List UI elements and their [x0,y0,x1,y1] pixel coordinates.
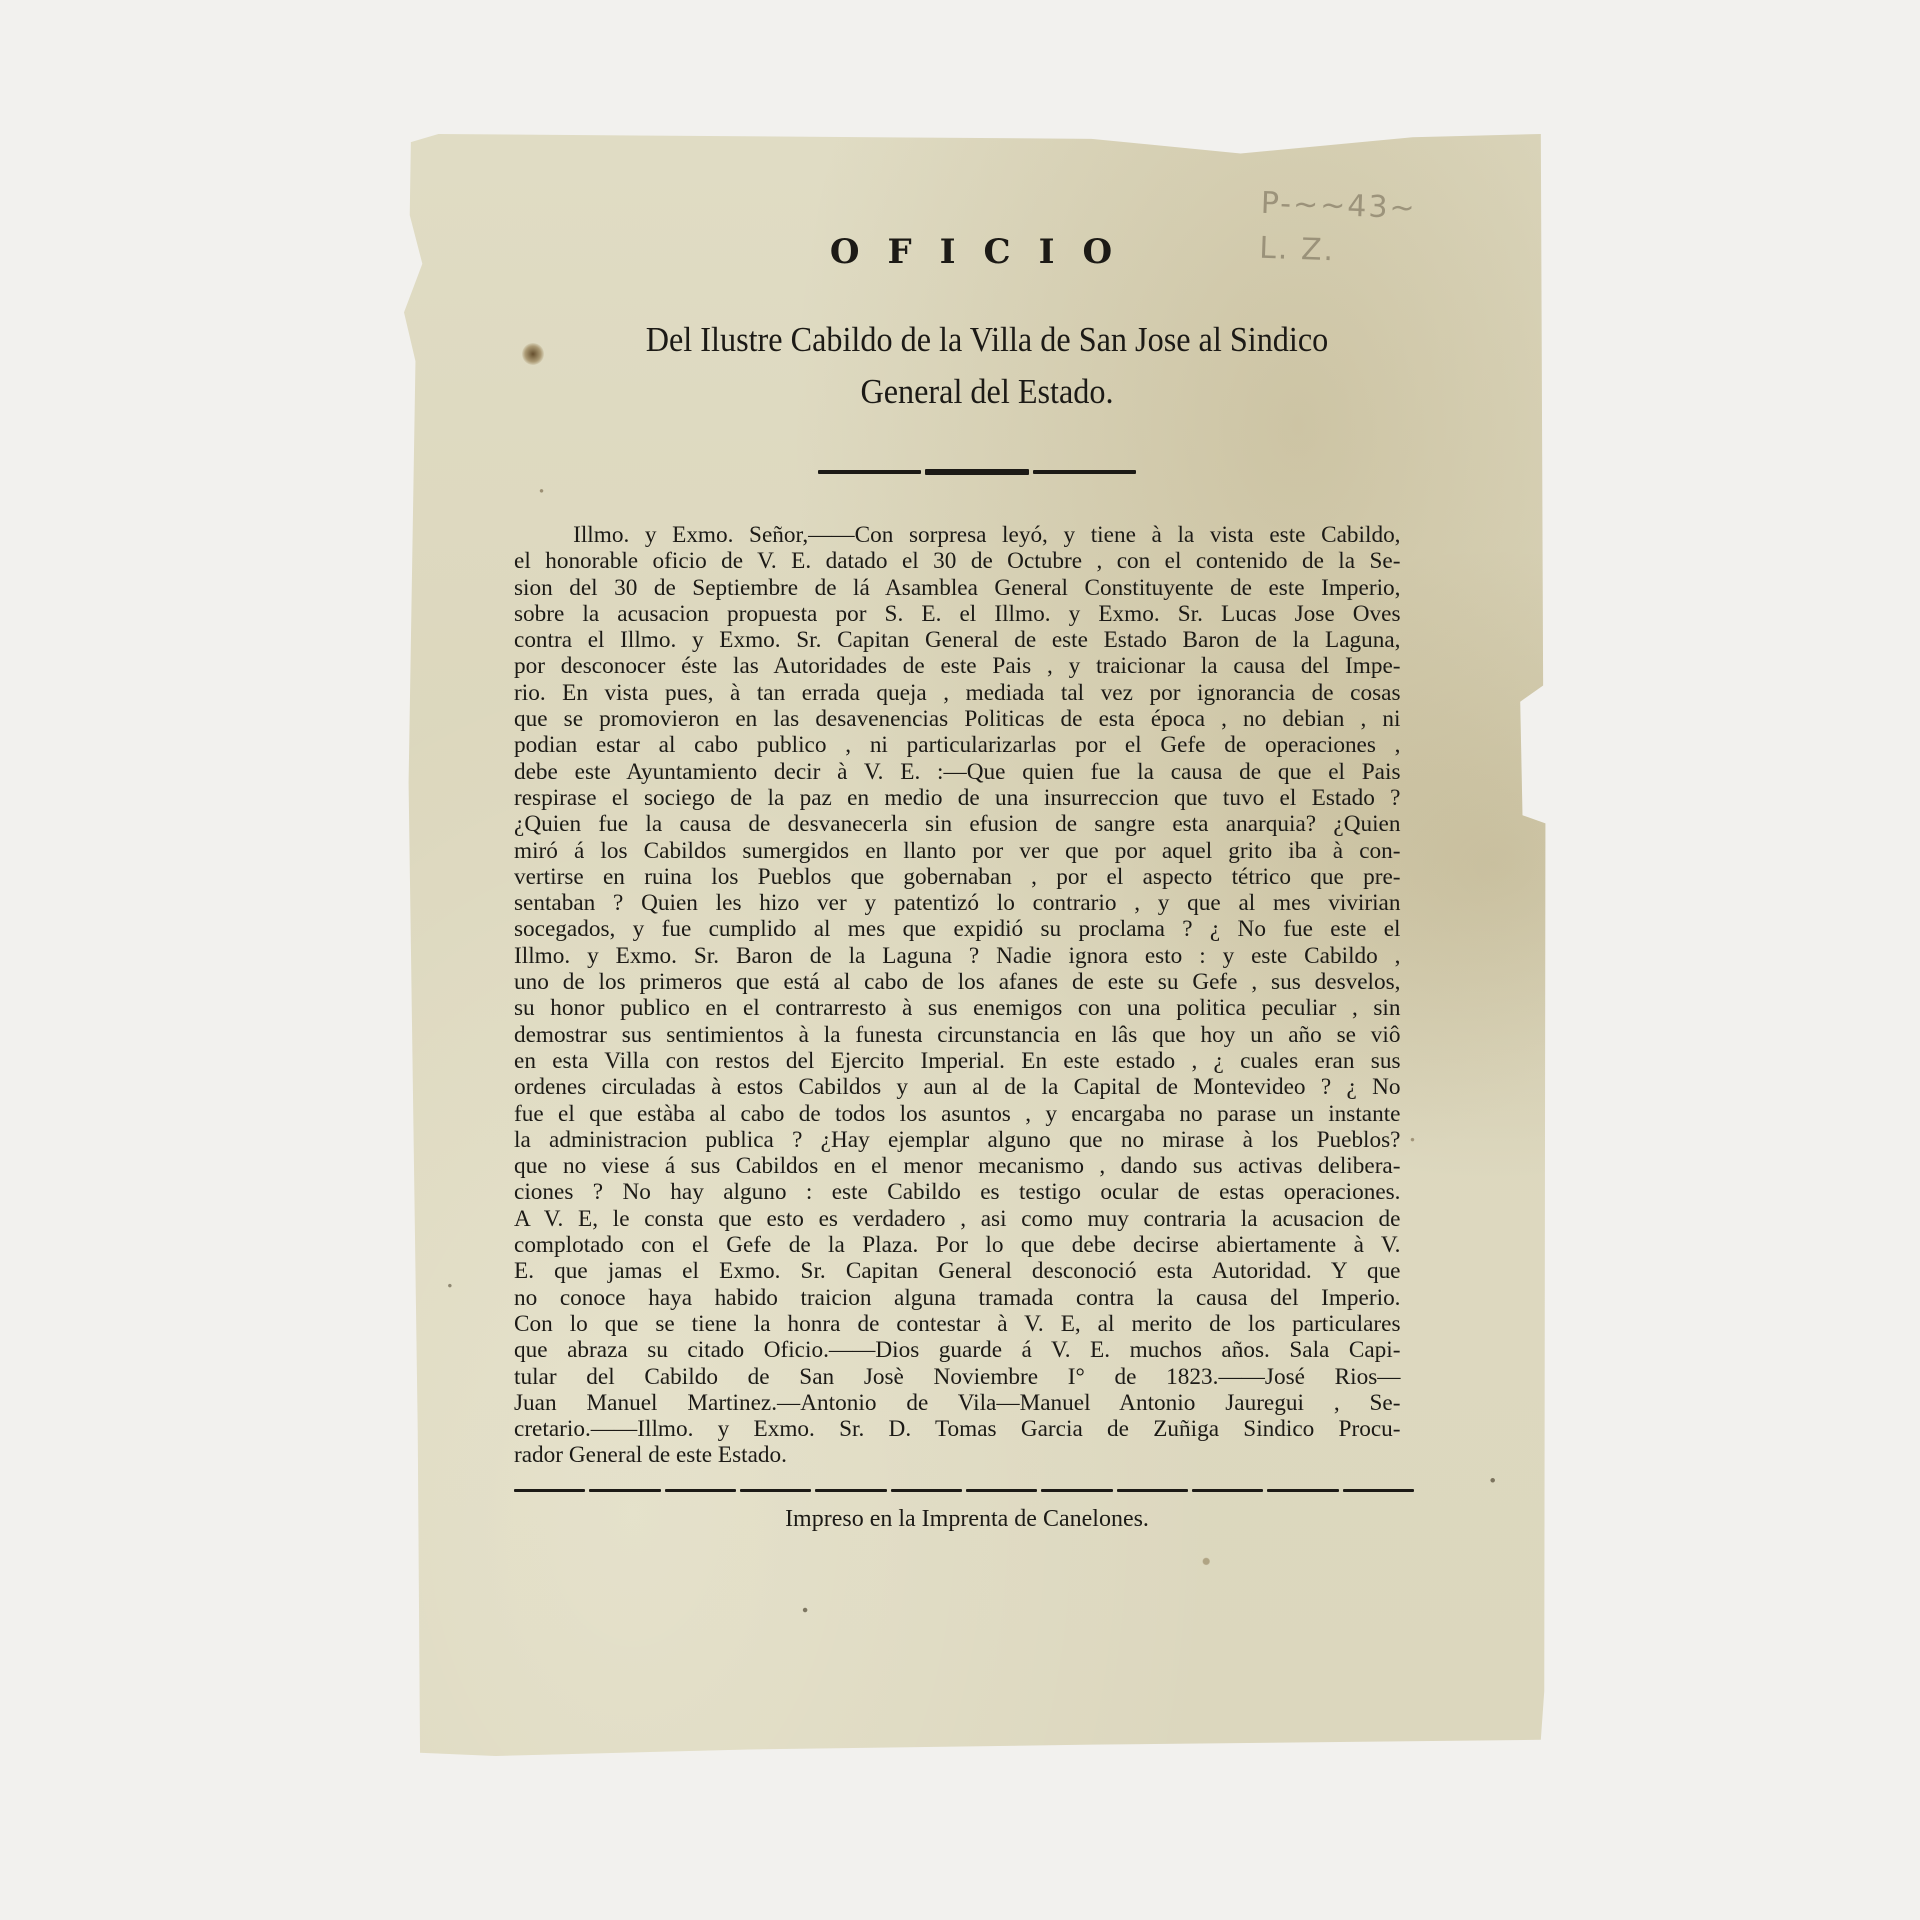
rule-segment [1033,470,1136,474]
document-body: Illmo. y Exmo. Señor,——Con sorpresa leyó… [514,522,1401,1469]
body-line: ¿Quien fue la causa de desvanecerla sin … [514,811,1401,837]
body-line: complotado con el Gefe de la Plaza. Por … [514,1232,1401,1258]
body-line: cretario.——Illmo. y Exmo. Sr. D. Tomas G… [514,1416,1401,1442]
body-line: ordenes circuladas à estos Cabildos y au… [514,1074,1401,1100]
body-line: sentaban ? Quien les hizo ver y patentiz… [514,890,1401,916]
body-line-signatures: Juan Manuel Martinez.—Antonio de Vila—Ma… [514,1390,1401,1416]
body-line: que no viese á sus Cabildos en el menor … [514,1153,1401,1179]
body-line: rador General de este Estado. [514,1442,1401,1468]
body-line: Illmo. y Exmo. Señor,——Con sorpresa leyó… [514,522,1401,548]
rule-segment [740,1489,811,1492]
body-line: contra el Illmo. y Exmo. Sr. Capitan Gen… [514,627,1401,653]
rule-segment [815,1489,886,1492]
subtitle-line-2: General del Estado. [561,366,1413,418]
body-line: que abraza su citado Oficio.——Dios guard… [514,1337,1401,1363]
rule-segment [966,1489,1037,1492]
body-line: Illmo. y Exmo. Sr. Baron de la Laguna ? … [514,943,1401,969]
rule-segment [1343,1489,1414,1492]
printer-imprint: Impreso en la Imprenta de Canelones. [404,1506,1550,1533]
document-subtitle: Del Ilustre Cabildo de la Villa de San J… [561,314,1413,418]
rule-segment [818,470,921,474]
rule-segment [514,1489,585,1492]
body-line: debe este Ayuntamiento decir à V. E. :—Q… [514,759,1401,785]
body-line: uno de los primeros que está al cabo de … [514,969,1401,995]
body-line: sion del 30 de Septiembre de lá Asamblea… [514,575,1401,601]
body-line: podian estar al cabo publico , ni partic… [514,732,1401,758]
body-line: por desconocer éste las Autoridades de e… [514,653,1401,679]
body-line: no conoce haya habido traicion alguna tr… [514,1285,1401,1311]
document-title: OFICIO [398,232,1544,272]
body-line-date: tular del Cabildo de San Josè Noviembre … [514,1364,1401,1390]
body-line: su honor publico en el contrarresto à su… [514,995,1401,1021]
body-line: que se promovieron en las desavenencias … [514,706,1401,732]
body-line: miró á los Cabildos sumergidos en llanto… [514,838,1401,864]
ink-stain [522,343,544,365]
handwritten-note-line-1: P-~~43~ [1260,181,1451,233]
rule-segment [925,469,1028,475]
ornamental-rule-top [818,470,1136,475]
body-line: la administracion publica ? ¿Hay ejempla… [514,1127,1401,1153]
body-line: Con lo que se tiene la honra de contesta… [514,1311,1401,1337]
body-line: E. que jamas el Exmo. Sr. Capitan Genera… [514,1258,1401,1284]
body-line: vertirse en ruina los Pueblos que gobern… [514,864,1401,890]
body-line: respirase el sociego de la paz en medio … [514,785,1401,811]
photo-background: P-~~43~ L. Z. OFICIO Del Ilustre Cabildo… [0,0,1920,1920]
ornamental-rule-bottom [514,1489,1414,1494]
rule-segment [1041,1489,1112,1492]
body-line: fue el que estàba al cabo de todos los a… [514,1101,1401,1127]
body-line: ciones ? No hay alguno : este Cabildo es… [514,1179,1401,1205]
body-line: socegados, y fue cumplido al mes que exp… [514,916,1401,942]
body-line: A V. E, le consta que esto es verdadero … [514,1206,1401,1232]
subtitle-line-1: Del Ilustre Cabildo de la Villa de San J… [561,314,1413,366]
body-line: el honorable oficio de V. E. datado el 3… [514,548,1401,574]
rule-segment [665,1489,736,1492]
rule-segment [589,1489,660,1492]
body-line: sobre la acusacion propuesta por S. E. e… [514,601,1401,627]
rule-segment [1192,1489,1263,1492]
body-line: en esta Villa con restos del Ejercito Im… [514,1048,1401,1074]
body-line: demostrar sus sentimientos à la funesta … [514,1022,1401,1048]
body-line: rio. En vista pues, à tan errada queja ,… [514,680,1401,706]
rule-segment [1117,1489,1188,1492]
rule-segment [1267,1489,1338,1492]
rule-segment [891,1489,962,1492]
document-sheet: P-~~43~ L. Z. OFICIO Del Ilustre Cabildo… [404,134,1550,1756]
